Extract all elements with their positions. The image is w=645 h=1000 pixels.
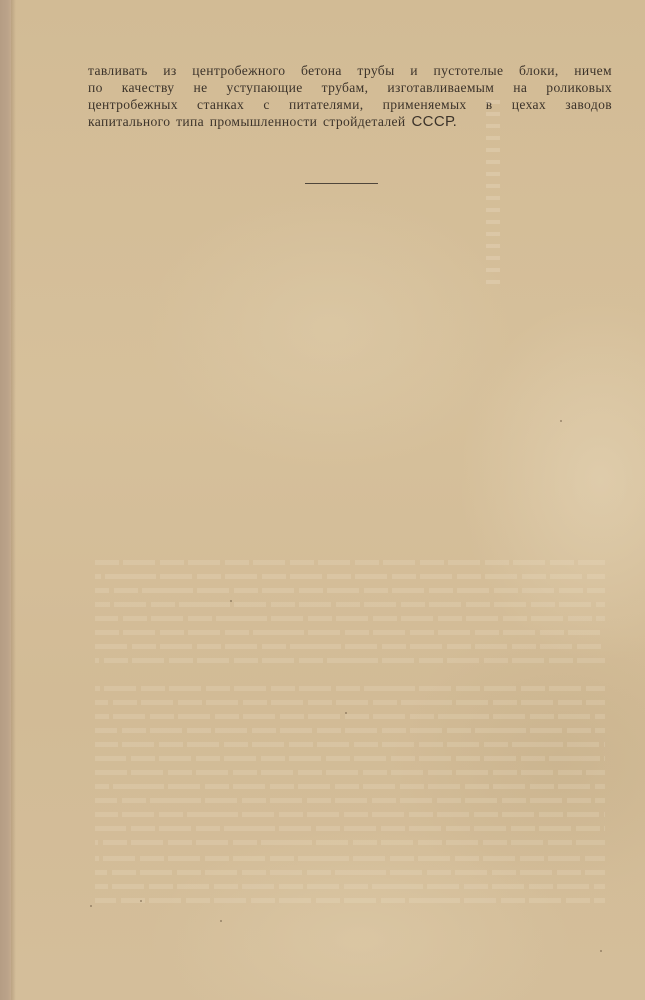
- ghost-line: [486, 280, 500, 284]
- text-line-2: по качеству не уступающие трубам, изгота…: [88, 79, 612, 96]
- binding-spine: [0, 0, 11, 1000]
- ghost-line: [95, 658, 605, 663]
- paper-speck: [220, 920, 222, 922]
- ghost-line: [486, 148, 500, 152]
- ghost-line: [95, 798, 605, 803]
- ghost-line: [95, 630, 605, 635]
- section-divider: [305, 183, 378, 184]
- ghost-line: [95, 700, 605, 705]
- ghost-line: [95, 686, 605, 691]
- ghost-line: [486, 208, 500, 212]
- paper-speck: [345, 712, 347, 714]
- text-line-4: капитального типа промышленности стройде…: [88, 113, 612, 130]
- ghost-line: [486, 184, 500, 188]
- ghost-line: [95, 742, 605, 747]
- ghost-line: [95, 602, 605, 607]
- ghost-line: [486, 100, 500, 104]
- ghost-line: [95, 728, 605, 733]
- ghost-line: [95, 574, 605, 579]
- paper-speck: [560, 420, 562, 422]
- document-page: тавливать из центробежного бетона трубы …: [0, 0, 645, 1000]
- ghost-line: [486, 196, 500, 200]
- ghost-line: [95, 812, 605, 817]
- ghost-line: [95, 644, 605, 649]
- ghost-line: [486, 112, 500, 116]
- paper-speck: [600, 950, 602, 952]
- ghost-line: [486, 268, 500, 272]
- body-paragraph: тавливать из центробежного бетона трубы …: [88, 62, 612, 130]
- ghost-line: [486, 220, 500, 224]
- ghost-line: [95, 756, 605, 761]
- text-line-1: тавливать из центробежного бетона трубы …: [88, 62, 612, 79]
- ghost-line: [95, 588, 605, 593]
- ghost-line: [486, 172, 500, 176]
- ghost-line: [486, 244, 500, 248]
- ghost-line: [95, 770, 605, 775]
- ghost-line: [486, 256, 500, 260]
- text-line-3: центробежных станках с питателями, приме…: [88, 96, 612, 113]
- paper-speck: [230, 600, 232, 602]
- ghost-line: [486, 124, 500, 128]
- text-line-4-end: СССР.: [412, 113, 458, 130]
- ghost-line: [95, 840, 605, 845]
- text-line-4-main: капитального типа промышленности стройде…: [88, 114, 406, 129]
- ghost-line: [95, 856, 605, 861]
- ghost-line: [486, 232, 500, 236]
- ghost-line: [95, 884, 605, 889]
- ghost-line: [486, 136, 500, 140]
- ghost-line: [95, 898, 605, 903]
- ghost-line: [486, 160, 500, 164]
- ghost-line: [95, 870, 605, 875]
- ghost-line: [95, 560, 605, 565]
- ghost-line: [95, 784, 605, 789]
- ghost-line: [95, 826, 605, 831]
- ghost-line: [95, 714, 605, 719]
- paper-speck: [90, 905, 92, 907]
- paper-speck: [140, 900, 142, 902]
- binding-shadow: [11, 0, 16, 1000]
- ghost-line: [95, 616, 605, 621]
